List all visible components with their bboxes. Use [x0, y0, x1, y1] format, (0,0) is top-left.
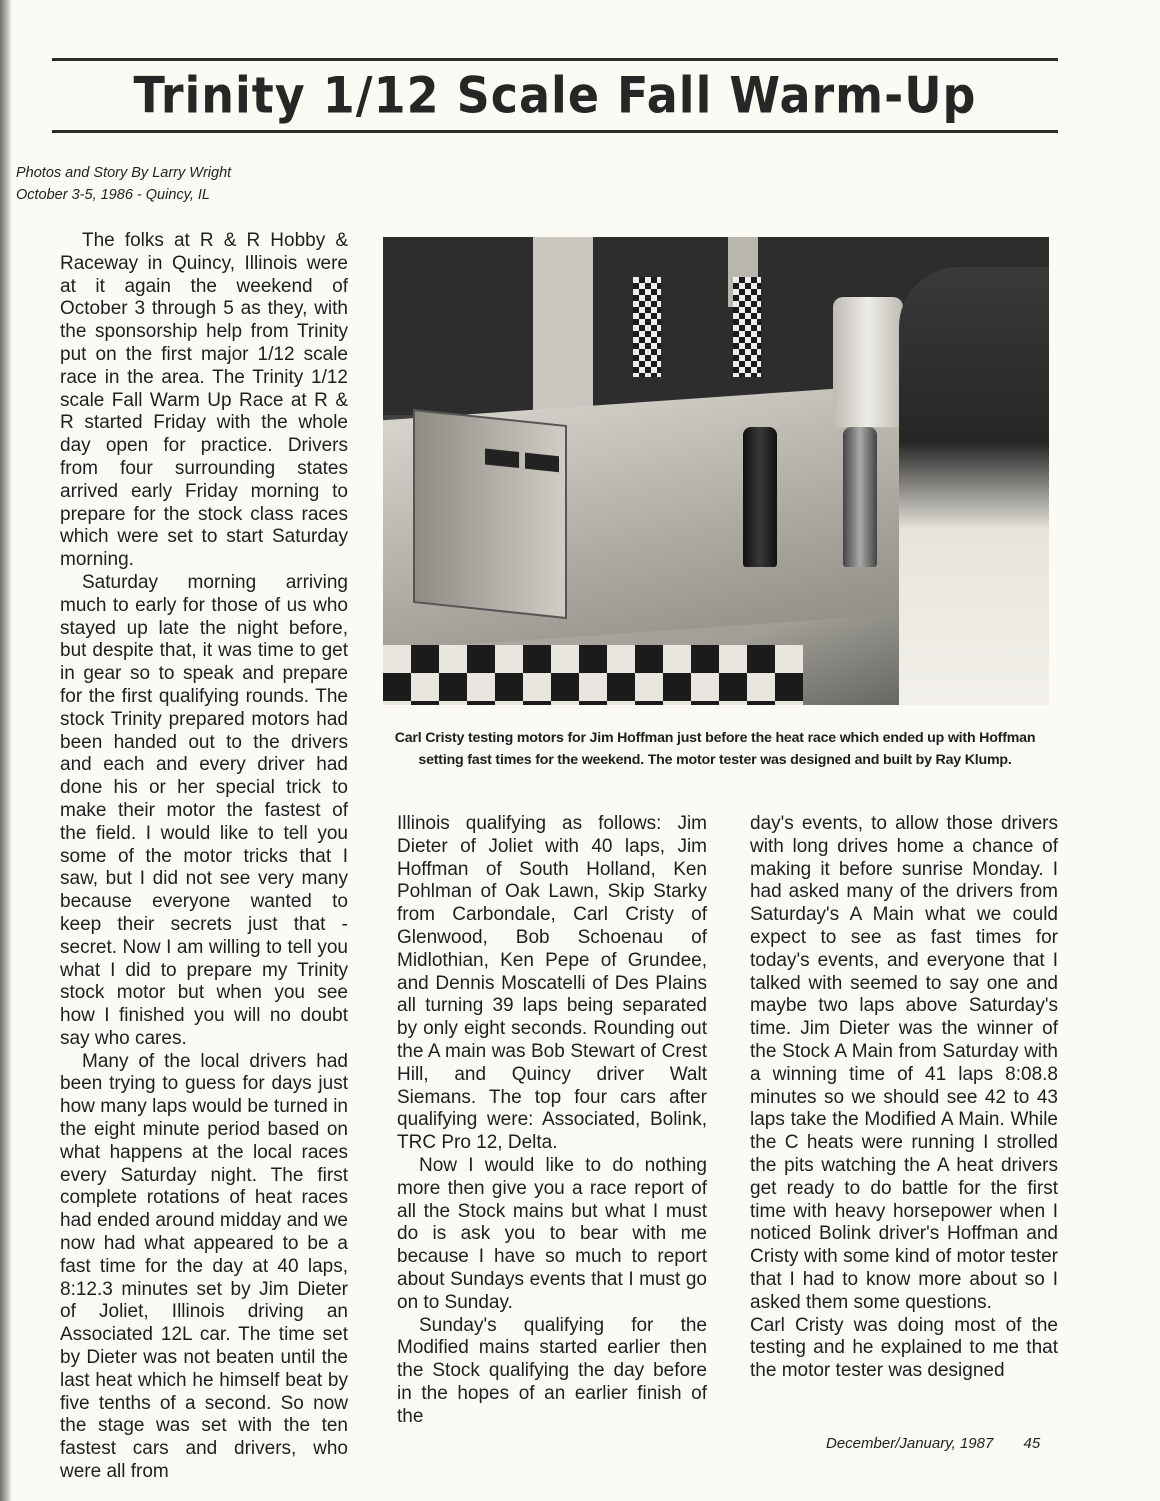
- paragraph: Carl Cristy was doing most of the testin…: [750, 1315, 1058, 1383]
- article-column-2: Illinois qualifying as follows: Jim Diet…: [397, 813, 707, 1429]
- article-column-1: The folks at R & R Hobby & Raceway in Qu…: [60, 230, 348, 1484]
- checkered-table-skirt: [383, 645, 803, 705]
- byline-block: Photos and Story By Larry Wright October…: [16, 162, 231, 206]
- byline-author: Photos and Story By Larry Wright: [16, 162, 231, 184]
- page-binding-shadow: [0, 0, 12, 1501]
- title-rule-bottom: [52, 130, 1058, 133]
- article-photo: [383, 237, 1049, 705]
- spray-can: [843, 427, 877, 567]
- plastic-bag: [833, 297, 903, 427]
- paragraph: Now I would like to do nothing more then…: [397, 1155, 707, 1315]
- article-column-3: day's events, to allow those drivers wit…: [750, 813, 1058, 1383]
- paragraph: Illinois qualifying as follows: Jim Diet…: [397, 813, 707, 1155]
- article-title: Trinity 1/12 Scale Fall Warm-Up: [52, 66, 1058, 124]
- paragraph: Sunday's qualifying for the Modified mai…: [397, 1315, 707, 1429]
- meter-display: [485, 448, 519, 468]
- meter-display: [525, 453, 559, 473]
- paragraph: Saturday morning arriving much to early …: [60, 572, 348, 1051]
- title-rule-top: [52, 58, 1058, 61]
- photo-caption: Carl Cristy testing motors for Jim Hoffm…: [375, 727, 1055, 771]
- byline-dateline: October 3-5, 1986 - Quincy, IL: [16, 184, 231, 206]
- paragraph: The folks at R & R Hobby & Raceway in Qu…: [60, 230, 348, 572]
- spray-can: [743, 427, 777, 567]
- page-number: 45: [1024, 1435, 1041, 1452]
- checkered-flag-bunting: [733, 277, 761, 377]
- power-supply-unit: [413, 409, 567, 619]
- person-silhouette: [899, 267, 1049, 705]
- issue-date: December/January, 1987: [826, 1435, 993, 1452]
- paragraph: Many of the local drivers had been tryin…: [60, 1051, 348, 1484]
- photo-pillar: [533, 237, 593, 427]
- paragraph: day's events, to allow those drivers wit…: [750, 813, 1058, 1315]
- checkered-flag-bunting: [633, 277, 661, 377]
- page-footer: December/January, 1987 45: [826, 1435, 1040, 1452]
